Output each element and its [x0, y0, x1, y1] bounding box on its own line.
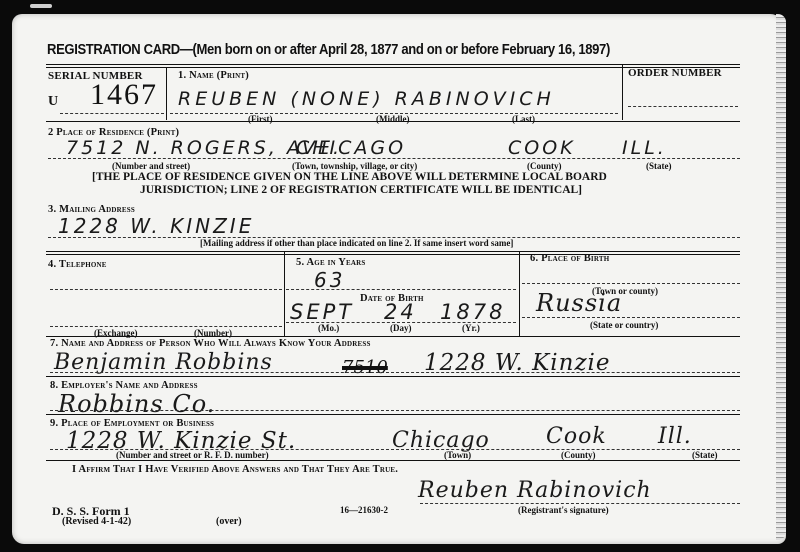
telephone-label: 4. Telephone — [48, 259, 107, 270]
name-last-label: (Last) — [512, 114, 535, 124]
mailing-address-value: 1228 W. KINZIE — [58, 214, 254, 238]
contact-struck-text: 7510 — [342, 357, 388, 378]
name-middle-label: (Middle) — [376, 114, 410, 124]
residence-street-label: (Number and street) — [112, 161, 190, 171]
row-rule — [46, 414, 740, 415]
contact-label: 7. Name and Address of Person Who Will A… — [50, 338, 371, 349]
residence-town: CHICAGO — [296, 137, 406, 159]
card-title: REGISTRATION CARD—(Men born on or after … — [47, 42, 610, 58]
serial-prefix: U — [48, 94, 58, 110]
print-code: 16—21630-2 — [340, 505, 388, 515]
residence-county-label: (County) — [527, 161, 562, 171]
row-rule — [46, 336, 740, 337]
order-number-line — [628, 106, 738, 107]
residence-notice-1: [THE PLACE OF RESIDENCE GIVEN ON THE LIN… — [92, 171, 607, 184]
divider — [284, 251, 285, 337]
age-label: 5. Age in Years — [296, 257, 366, 268]
over-note: (over) — [216, 516, 242, 527]
birthplace-country-line — [522, 317, 740, 318]
birthplace-country-label: (State or country) — [590, 320, 658, 330]
employment-county: Cook — [546, 424, 607, 449]
telephone-line-2 — [50, 326, 282, 327]
employment-county-label: (County) — [561, 450, 596, 460]
scan-artifact — [30, 4, 52, 8]
residence-notice-2: JURISDICTION; LINE 2 OF REGISTRATION CER… — [140, 184, 582, 197]
signature-line — [420, 503, 740, 504]
divider — [166, 68, 167, 120]
dob-year: 1878 — [440, 300, 505, 324]
dob-month: SEPT — [290, 300, 354, 324]
form-revision: (Revised 4-1-42) — [62, 516, 131, 527]
name-value: REUBEN (NONE) RABINOVICH — [178, 88, 555, 110]
dob-month-label: (Mo.) — [318, 323, 339, 333]
employment-town-label: (Town) — [444, 450, 471, 460]
residence-underline — [48, 158, 740, 159]
residence-town-label: (Town, township, village, or city) — [292, 161, 417, 171]
dob-day-label: (Day) — [390, 323, 412, 333]
mailing-note: [Mailing address if other than place ind… — [200, 238, 513, 248]
residence-county: COOK — [508, 137, 576, 159]
row-rule — [46, 251, 740, 255]
dob-day: 24 — [384, 300, 417, 324]
employer-underline — [50, 410, 740, 411]
registrant-signature: Reuben Rabinovich — [418, 478, 652, 503]
dob-year-label: (Yr.) — [462, 323, 480, 333]
divider — [622, 64, 623, 120]
name-first-label: (First) — [248, 114, 273, 124]
row-rule — [46, 460, 740, 461]
divider — [519, 251, 520, 337]
serial-number-value: 1467 — [90, 78, 158, 112]
row-rule — [46, 121, 740, 122]
card-edge — [776, 14, 786, 540]
employment-state: Ill. — [658, 424, 692, 449]
employment-street-label: (Number and street or R. F. D. number) — [116, 450, 269, 460]
birthplace-label: 6. Place of Birth — [530, 253, 609, 264]
affirmation-text: I Affirm That I Have Verified Above Answ… — [72, 464, 398, 475]
age-underline — [286, 289, 516, 290]
contact-underline — [50, 372, 740, 373]
residence-state: ILL. — [622, 137, 667, 159]
name-label: 1. Name (Print) — [178, 70, 249, 81]
signature-label: (Registrant's signature) — [518, 505, 609, 515]
birthplace-town-line — [522, 283, 740, 284]
birthplace-country-value: Russia — [536, 289, 622, 317]
employment-state-label: (State) — [692, 450, 718, 460]
telephone-line-1 — [50, 289, 282, 290]
residence-state-label: (State) — [646, 161, 672, 171]
row-rule — [46, 376, 740, 377]
serial-underline — [60, 113, 164, 114]
order-number-label: ORDER NUMBER — [628, 67, 722, 79]
